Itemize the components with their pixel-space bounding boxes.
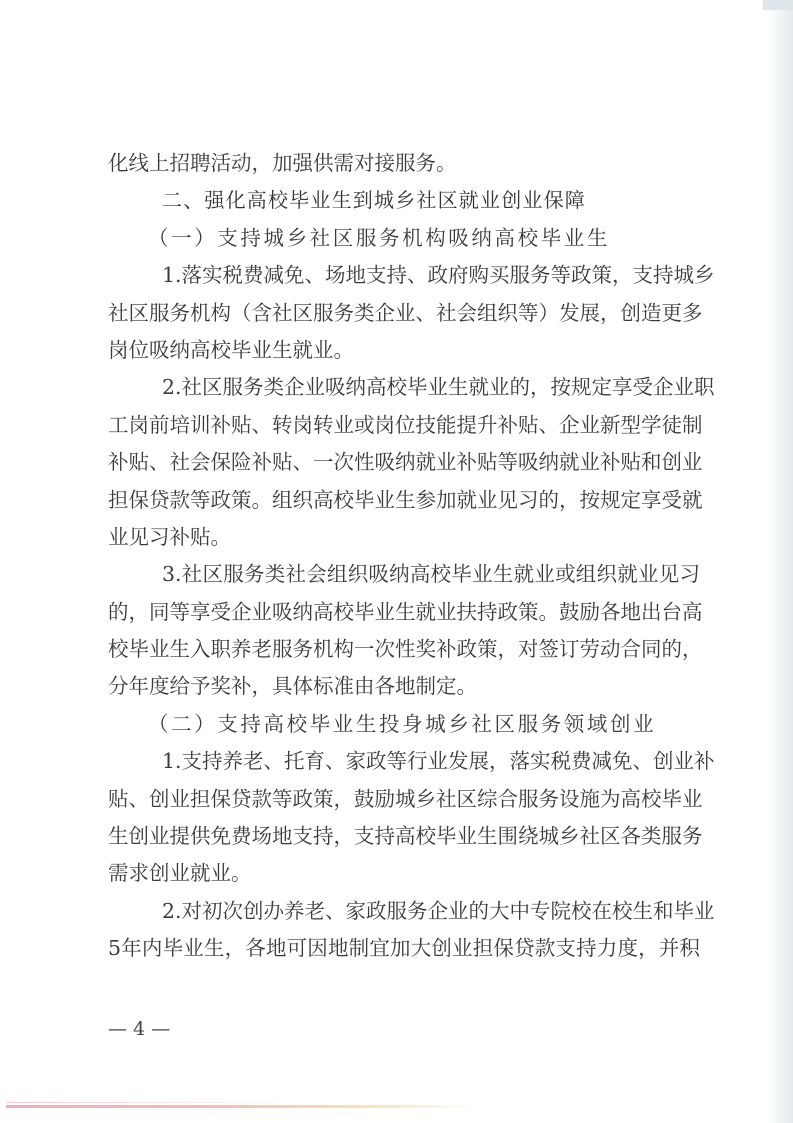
paragraph-line: 生创业提供免费场地支持，支持高校毕业生围绕城乡社区各类服务 (108, 818, 700, 855)
paragraph-line: 的，同等享受企业吸纳高校毕业生就业扶持政策。鼓励各地出台高 (108, 594, 700, 631)
document-body: 化线上招聘活动，加强供需对接服务。 二、强化高校毕业生到城乡社区就业创业保障 （… (108, 145, 700, 968)
subsection-heading: （一）支持城乡社区服务机构吸纳高校毕业生 (108, 220, 700, 257)
paragraph-line: 业见习补贴。 (108, 519, 700, 556)
subsection-heading: （二）支持高校毕业生投身城乡社区服务领域创业 (108, 706, 700, 743)
scan-artifact-color-stripe (6, 1105, 476, 1108)
section-heading: 二、强化高校毕业生到城乡社区就业创业保障 (108, 182, 700, 219)
paragraph-line: 担保贷款等政策。组织高校毕业生参加就业见习的，按规定享受就 (108, 482, 700, 519)
paragraph-line: 校毕业生入职养老服务机构一次性奖补政策，对签订劳动合同的， (108, 631, 700, 668)
paragraph-line: 补贴、社会保险补贴、一次性吸纳就业补贴等吸纳就业补贴和创业 (108, 444, 700, 481)
scan-artifact-line (6, 1102, 306, 1103)
paragraph-line: 1.支持养老、托育、家政等行业发展，落实税费减免、创业补 (108, 743, 700, 780)
paragraph-line: 5年内毕业生，各地可因地制宜加大创业担保贷款支持力度，并积 (108, 930, 700, 967)
scan-corner-shadow (763, 0, 793, 10)
paragraph-line: 贴、创业担保贷款等政策，鼓励城乡社区综合服务设施为高校毕业 (108, 781, 700, 818)
paragraph-line: 工岗前培训补贴、转岗转业或岗位技能提升补贴、企业新型学徒制 (108, 407, 700, 444)
paragraph-line: 2.对初次创办养老、家政服务企业的大中专院校在校生和毕业 (108, 893, 700, 930)
paragraph-line: 分年度给予奖补，具体标准由各地制定。 (108, 668, 700, 705)
paragraph-line: 1.落实税费减免、场地支持、政府购买服务等政策，支持城乡 (108, 257, 700, 294)
paragraph-line: 需求创业就业。 (108, 855, 700, 892)
page-number: — 4 — (108, 1018, 170, 1040)
paragraph-line: 岗位吸纳高校毕业生就业。 (108, 332, 700, 369)
scan-page-edge (767, 0, 793, 1123)
paragraph-line: 化线上招聘活动，加强供需对接服务。 (108, 145, 700, 182)
paragraph-line: 2.社区服务类企业吸纳高校毕业生就业的，按规定享受企业职 (108, 369, 700, 406)
paragraph-line: 3.社区服务类社会组织吸纳高校毕业生就业或组织就业见习 (108, 556, 700, 593)
paragraph-line: 社区服务机构（含社区服务类企业、社会组织等）发展，创造更多 (108, 295, 700, 332)
